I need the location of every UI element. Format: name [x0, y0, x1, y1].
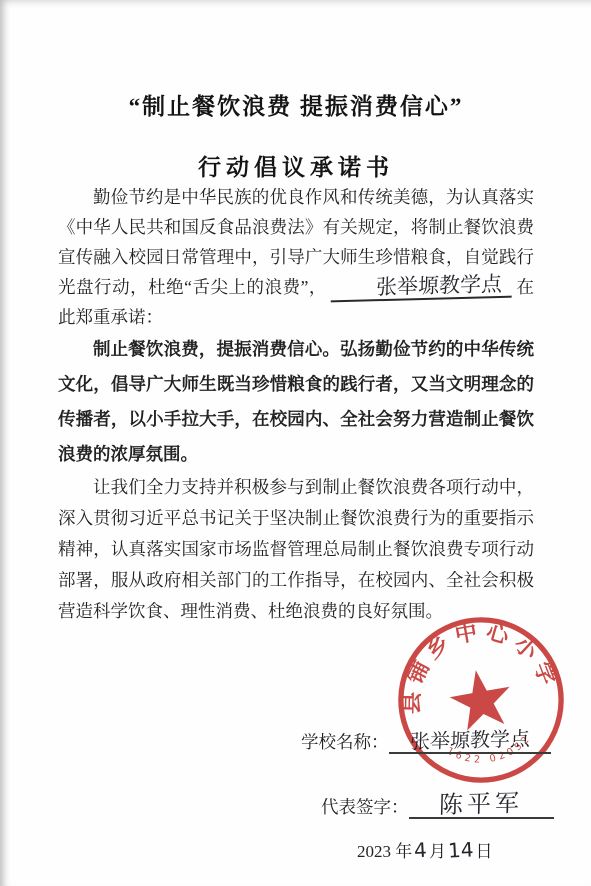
- handwritten-school-name: 张举塬教学点: [409, 728, 529, 751]
- document-body: “制止餐饮浪费 提振消费信心” 行动倡议承诺书 勤俭节约是中华民族的优良作风和传…: [0, 0, 591, 627]
- date-line: 2023 年4月14日: [357, 837, 492, 862]
- school-name-blank: 张举塬教学点: [389, 730, 551, 754]
- handwritten-month: 4: [412, 840, 430, 861]
- school-seal-stamp: 县铺乡中心小学 1622 02052: [392, 611, 570, 789]
- handwritten-day: 14: [445, 839, 475, 861]
- signature-label: 代表签字：: [321, 797, 409, 817]
- seal-arc-text: 县铺乡中心小学: [392, 611, 565, 719]
- school-name-label: 学校名称：: [301, 732, 389, 752]
- paragraph-action: 让我们全力支持并积极参与到制止餐饮浪费各项行动中，深入贯彻习近平总书记关于坚决制…: [58, 472, 534, 627]
- svg-text:县铺乡中心小学: 县铺乡中心小学: [392, 611, 565, 719]
- date-month-unit: 月: [429, 842, 446, 861]
- date-year: 2023 年: [357, 842, 412, 861]
- paragraph-intro: 勤俭节约是中华民族的优良作风和传统美德，为认真落实《中华人民共和国反食品浪费法》…: [58, 182, 534, 332]
- handwritten-signature: 陈平军: [439, 791, 524, 817]
- representative-signature-line: 代表签字：陈平军: [321, 792, 554, 819]
- seal-ring: [392, 611, 570, 789]
- school-name-line: 学校名称：张举塬教学点: [301, 729, 551, 754]
- signature-blank: 陈平军: [409, 792, 554, 819]
- doc-title-line2: 行动倡议承诺书: [58, 149, 534, 182]
- date-day-unit: 日: [475, 842, 492, 861]
- seal-star-icon: [446, 665, 516, 733]
- handwritten-school-name-inline: 张举塬教学点: [331, 274, 513, 303]
- document-page: “制止餐饮浪费 提振消费信心” 行动倡议承诺书 勤俭节约是中华民族的优良作风和传…: [0, 0, 591, 886]
- doc-title-line1: “制止餐饮浪费 提振消费信心”: [58, 88, 534, 121]
- paragraph-pledge-bold: 制止餐饮浪费，提振消费信心。弘扬勤俭节约的中华传统文化，倡导广大师生既当珍惜粮食…: [58, 332, 534, 472]
